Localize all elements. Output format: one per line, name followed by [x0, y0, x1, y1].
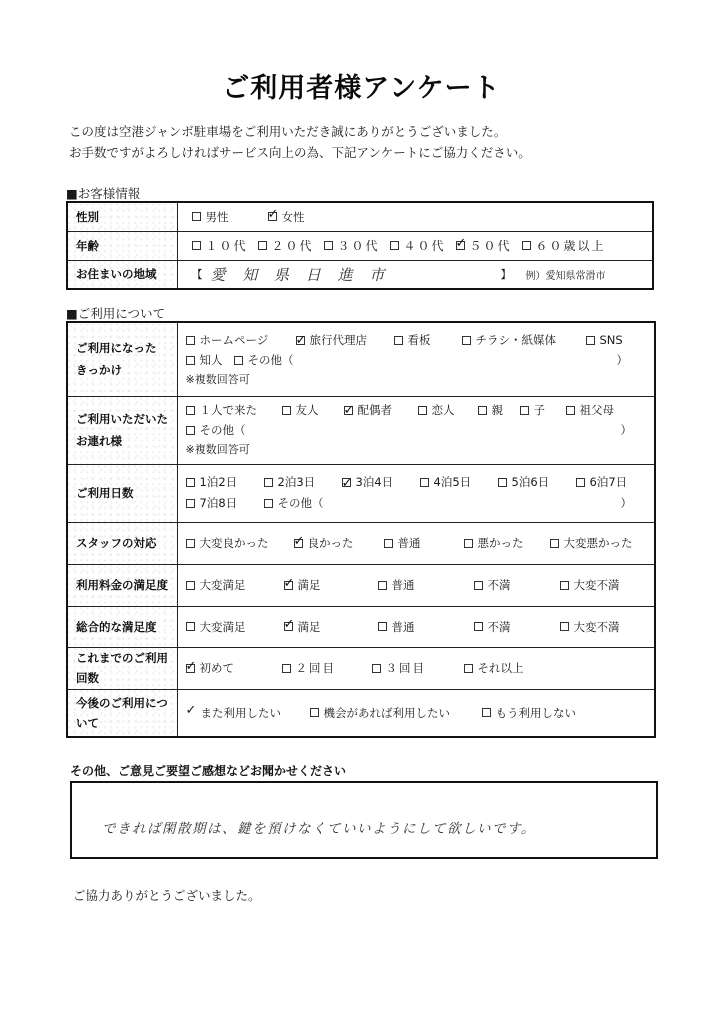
days-3n4d-option[interactable]: 3泊4日 [342, 472, 420, 493]
checkbox-partner[interactable] [418, 406, 427, 415]
trigger-acquaintance-option[interactable]: 知人 [186, 350, 234, 370]
thanks-message: ご協力ありがとうございました。 [73, 886, 261, 904]
checkbox-future-never[interactable] [482, 708, 491, 717]
checkbox-staff-bad[interactable] [464, 539, 473, 548]
staff-good-option[interactable]: 良かった [294, 535, 384, 551]
3n4d-label: 3泊4日 [356, 472, 394, 493]
age-40s-label: ４０代 [404, 237, 446, 254]
future-maybe-option[interactable]: 機会があれば利用したい [310, 705, 482, 721]
checkbox-1n2d[interactable] [186, 478, 195, 487]
price-normal-label: 普通 [392, 577, 415, 593]
days-label: ご利用日数 [67, 464, 177, 522]
checkbox-staff-very-good[interactable] [186, 539, 195, 548]
grandparent-label: 祖父母 [580, 400, 615, 420]
overall-satisfied-option[interactable]: 満足 [284, 619, 378, 635]
staff-row: スタッフの対応 大変良かった 良かった 普通 悪かった 大変悪かった [67, 522, 655, 564]
checkbox-overall-dissatisfied[interactable] [474, 622, 483, 631]
staff-normal-option[interactable]: 普通 [384, 535, 464, 551]
region-open-bracket: 【 [192, 266, 203, 282]
companion-partner-option[interactable]: 恋人 [418, 400, 478, 420]
checkbox-spouse[interactable] [344, 406, 353, 415]
region-label: お住まいの地域 [67, 260, 177, 289]
companion-options-line-2: その他（ ） [186, 420, 647, 440]
checkbox-price-normal[interactable] [378, 581, 387, 590]
companion-spouse-option[interactable]: 配偶者 [344, 400, 418, 420]
visits-second-option[interactable]: ２回目 [282, 660, 372, 676]
checkbox-companion-other[interactable] [186, 426, 195, 435]
companion-other-label: その他（ [200, 420, 246, 440]
future-again-label: また利用したい [201, 705, 282, 721]
overall-dissatisfied-option[interactable]: 不満 [474, 619, 560, 635]
companion-options-line-1: １人で来た 友人 配偶者 恋人 親 子 祖父母 [186, 400, 647, 420]
checkbox-overall-normal[interactable] [378, 622, 387, 631]
staff-label: スタッフの対応 [67, 522, 177, 564]
visits-third-option[interactable]: ３回目 [372, 660, 464, 676]
sns-label: SNS [600, 330, 623, 350]
checkbox-parent[interactable] [478, 406, 487, 415]
companion-parent-option[interactable]: 親 [478, 400, 520, 420]
trigger-options-line-2: 知人 その他（ ） [186, 350, 647, 370]
checkbox-overall-very-dissatisfied[interactable] [560, 622, 569, 631]
staff-very-good-option[interactable]: 大変良かった [186, 535, 294, 551]
trigger-travel-agency-option[interactable]: 旅行代理店 [296, 330, 394, 350]
region-row: お住まいの地域 【 愛 知 県 日 進 市 】 例）愛知県常滑市 [67, 260, 653, 289]
checkbox-overall-very-satisfied[interactable] [186, 622, 195, 631]
visits-more-label: それ以上 [478, 660, 524, 676]
male-label: 男性 [206, 209, 229, 225]
days-5n6d-option[interactable]: 5泊6日 [498, 472, 576, 493]
checkbox-homepage[interactable] [186, 336, 195, 345]
female-label: 女性 [282, 209, 305, 225]
checkbox-5n6d[interactable] [498, 478, 507, 487]
companion-close-paren: ） [621, 420, 633, 440]
trigger-other-option[interactable]: その他（ [234, 350, 294, 370]
travel-agency-label: 旅行代理店 [310, 330, 368, 350]
region-input[interactable]: 愛 知 県 日 進 市 [211, 264, 501, 285]
companion-other-option[interactable]: その他（ [186, 420, 246, 440]
age-20s-option[interactable]: ２０代 [258, 237, 324, 254]
checkbox-staff-very-bad[interactable] [550, 539, 559, 548]
future-row: 今後のご利用につ いて また利用したい 機会があれば利用したい もう利用しない [67, 689, 655, 737]
price-normal-option[interactable]: 普通 [378, 577, 474, 593]
days-1n2d-option[interactable]: 1泊2日 [186, 472, 264, 493]
checkbox-price-very-satisfied[interactable] [186, 581, 195, 590]
checkbox-staff-normal[interactable] [384, 539, 393, 548]
spouse-label: 配偶者 [358, 400, 393, 420]
trigger-homepage-option[interactable]: ホームページ [186, 330, 296, 350]
days-options-line-1: 1泊2日 2泊3日 3泊4日 4泊5日 5泊6日 6泊7日 [186, 472, 647, 493]
companion-child-option[interactable]: 子 [520, 400, 566, 420]
trigger-sns-option[interactable]: SNS [586, 330, 623, 350]
checkbox-price-satisfied[interactable] [284, 581, 293, 590]
trigger-options-line-1: ホームページ 旅行代理店 看板 チラシ・紙媒体 SNS [186, 330, 647, 350]
future-label: 今後のご利用につ いて [67, 689, 177, 737]
checkbox-acquaintance[interactable] [186, 356, 195, 365]
trigger-other-label: その他（ [248, 350, 294, 370]
5n6d-label: 5泊6日 [512, 472, 550, 493]
checkbox-travel-agency[interactable] [296, 336, 305, 345]
age-30s-label: ３０代 [338, 237, 380, 254]
companion-row: ご利用いただいた お連れ様 １人で来た 友人 配偶者 恋人 親 子 祖父母 その… [67, 396, 655, 464]
trigger-label-line-2: きっかけ [76, 359, 169, 381]
future-maybe-label: 機会があれば利用したい [324, 705, 451, 721]
checkbox-7n8d[interactable] [186, 499, 195, 508]
checkbox-visits-more[interactable] [464, 664, 473, 673]
age-30s-option[interactable]: ３０代 [324, 237, 390, 254]
companion-alone-option[interactable]: １人で来た [186, 400, 282, 420]
staff-options: 大変良かった 良かった 普通 悪かった 大変悪かった [186, 535, 647, 551]
1n2d-label: 1泊2日 [200, 472, 238, 493]
price-satisfied-option[interactable]: 満足 [284, 577, 378, 593]
age-label: 年齢 [67, 231, 177, 260]
overall-options: 大変満足 満足 普通 不満 大変不満 [186, 619, 647, 635]
homepage-label: ホームページ [200, 330, 269, 350]
alone-label: １人で来た [200, 400, 258, 420]
price-dissatisfied-label: 不満 [488, 577, 511, 593]
child-label: 子 [534, 400, 546, 420]
checkbox-age-10s[interactable] [192, 241, 201, 250]
overall-label: 総合的な満足度 [67, 606, 177, 647]
checkbox-overall-satisfied[interactable] [284, 622, 293, 631]
checkbox-staff-good[interactable] [294, 539, 303, 548]
trigger-note: ※複数回答可 [186, 370, 647, 390]
checkbox-grandparent[interactable] [566, 406, 575, 415]
age-row: 年齢 １０代 ２０代 ３０代 ４０代 ５０代 ６０歳以上 [67, 231, 653, 260]
days-other-label: その他（ [278, 493, 324, 514]
price-row: 利用料金の満足度 大変満足 満足 普通 不満 大変不満 [67, 564, 655, 606]
trigger-close-paren: ） [617, 350, 629, 370]
days-row: ご利用日数 1泊2日 2泊3日 3泊4日 4泊5日 5泊6日 6泊7日 7泊8日… [67, 464, 655, 522]
days-4n5d-option[interactable]: 4泊5日 [420, 472, 498, 493]
comments-input[interactable]: できれば閑散期は、鍵を預けなくていいようにして欲しいです。 [102, 817, 536, 837]
gender-female-option[interactable]: 女性 [268, 209, 305, 225]
overall-satisfied-label: 満足 [298, 619, 321, 635]
checkbox-flyer[interactable] [462, 336, 471, 345]
checkbox-3n4d[interactable] [342, 478, 351, 487]
checkbox-age-50s[interactable] [456, 241, 465, 250]
age-60plus-label: ６０歳以上 [536, 237, 606, 254]
checkbox-age-40s[interactable] [390, 241, 399, 250]
age-50s-option[interactable]: ５０代 [456, 237, 522, 254]
days-7n8d-option[interactable]: 7泊8日 [186, 493, 264, 514]
intro-line-2: お手数ですがよろしければサービス向上の為、下記アンケートにご協力ください。 [69, 143, 531, 161]
checkbox-visits-second[interactable] [282, 664, 291, 673]
visits-more-option[interactable]: それ以上 [464, 660, 524, 676]
trigger-label-line-1: ご利用になった [76, 337, 169, 359]
visits-label-line-1: これまでのご利用 [76, 648, 169, 668]
checkbox-female[interactable] [268, 212, 277, 221]
checkbox-male[interactable] [192, 212, 201, 221]
companion-label: ご利用いただいた お連れ様 [67, 396, 177, 464]
visits-first-label: 初めて [200, 660, 235, 676]
age-10s-label: １０代 [206, 237, 248, 254]
companion-label-line-2: お連れ様 [76, 430, 169, 452]
parent-label: 親 [492, 400, 504, 420]
staff-bad-label: 悪かった [478, 535, 524, 551]
days-other-option[interactable]: その他（ [264, 493, 324, 514]
staff-good-label: 良かった [308, 535, 354, 551]
checkbox-2n3d[interactable] [264, 478, 273, 487]
days-6n7d-option[interactable]: 6泊7日 [576, 472, 628, 493]
companion-friend-option[interactable]: 友人 [282, 400, 344, 420]
checkbox-age-60plus[interactable] [522, 241, 531, 250]
checkbox-signboard[interactable] [394, 336, 403, 345]
age-50s-label: ５０代 [470, 237, 512, 254]
age-options: １０代 ２０代 ３０代 ４０代 ５０代 ６０歳以上 [192, 237, 645, 254]
visits-label-line-2: 回数 [76, 668, 169, 688]
overall-dissatisfied-label: 不満 [488, 619, 511, 635]
checkbox-visits-third[interactable] [372, 664, 381, 673]
signboard-label: 看板 [408, 330, 431, 350]
age-40s-option[interactable]: ４０代 [390, 237, 456, 254]
comments-heading: その他、ご意見ご要望ご感想などお聞かせください [70, 762, 346, 779]
days-options-line-2: 7泊8日 その他（ ） [186, 493, 647, 514]
age-10s-option[interactable]: １０代 [192, 237, 258, 254]
price-very-satisfied-label: 大変満足 [200, 577, 246, 593]
visits-row: これまでのご利用 回数 初めて ２回目 ３回目 それ以上 [67, 647, 655, 689]
trigger-flyer-option[interactable]: チラシ・紙媒体 [462, 330, 586, 350]
price-very-dissatisfied-label: 大変不満 [574, 577, 620, 593]
age-20s-label: ２０代 [272, 237, 314, 254]
staff-very-bad-label: 大変悪かった [564, 535, 633, 551]
checkbox-future-maybe[interactable] [310, 708, 319, 717]
partner-label: 恋人 [432, 400, 455, 420]
price-options: 大変満足 満足 普通 不満 大変不満 [186, 577, 647, 593]
checkbox-price-very-dissatisfied[interactable] [560, 581, 569, 590]
days-2n3d-option[interactable]: 2泊3日 [264, 472, 342, 493]
overall-normal-option[interactable]: 普通 [378, 619, 474, 635]
future-label-line-1: 今後のご利用につ [76, 693, 169, 713]
days-close-paren: ） [621, 493, 633, 514]
checkbox-friend[interactable] [282, 406, 291, 415]
checkbox-trigger-other[interactable] [234, 356, 243, 365]
checkbox-days-other[interactable] [264, 499, 273, 508]
usage-table: ご利用になった きっかけ ホームページ 旅行代理店 看板 チラシ・紙媒体 SNS… [66, 321, 656, 738]
friend-label: 友人 [296, 400, 319, 420]
checkbox-alone[interactable] [186, 406, 195, 415]
overall-very-satisfied-label: 大変満足 [200, 619, 246, 635]
price-satisfied-label: 満足 [298, 577, 321, 593]
checkbox-child[interactable] [520, 406, 529, 415]
page-title: ご利用者様アンケート [0, 66, 723, 105]
gender-male-option[interactable]: 男性 [192, 209, 268, 225]
flyer-label: チラシ・紙媒体 [476, 330, 557, 350]
future-never-label: もう利用しない [496, 705, 577, 721]
overall-row: 総合的な満足度 大変満足 満足 普通 不満 大変不満 [67, 606, 655, 647]
overall-very-satisfied-option[interactable]: 大変満足 [186, 619, 284, 635]
checkbox-4n5d[interactable] [420, 478, 429, 487]
staff-normal-label: 普通 [398, 535, 421, 551]
region-example: 例）愛知県常滑市 [526, 267, 606, 282]
checkbox-price-dissatisfied[interactable] [474, 581, 483, 590]
acquaintance-label: 知人 [200, 350, 223, 370]
intro-line-1: この度は空港ジャンボ駐車場をご利用いただき誠にありがとうございました。 [69, 122, 506, 140]
visits-label: これまでのご利用 回数 [67, 647, 177, 689]
overall-very-dissatisfied-label: 大変不満 [574, 619, 620, 635]
trigger-label: ご利用になった きっかけ [67, 322, 177, 396]
trigger-signboard-option[interactable]: 看板 [394, 330, 462, 350]
checkbox-age-20s[interactable] [258, 241, 267, 250]
price-very-dissatisfied-option[interactable]: 大変不満 [560, 577, 620, 593]
companion-grandparent-option[interactable]: 祖父母 [566, 400, 615, 420]
companion-note: ※複数回答可 [186, 440, 647, 460]
price-very-satisfied-option[interactable]: 大変満足 [186, 577, 284, 593]
2n3d-label: 2泊3日 [278, 472, 316, 493]
visits-third-label: ３回目 [386, 660, 427, 676]
region-close-bracket: 】 [501, 266, 512, 282]
region-field: 【 愛 知 県 日 進 市 】 例）愛知県常滑市 [192, 264, 645, 285]
comments-box[interactable]: できれば閑散期は、鍵を預けなくていいようにして欲しいです。 [70, 781, 658, 859]
gender-label: 性別 [67, 202, 177, 231]
price-label: 利用料金の満足度 [67, 564, 177, 606]
visits-second-label: ２回目 [296, 660, 337, 676]
customer-info-table: 性別 男性 女性 年齢 １０代 ２０代 ３０代 ４０代 ５０代 ６０歳以上 お住… [66, 201, 654, 290]
future-again-option[interactable]: また利用したい [186, 705, 310, 721]
customer-info-heading: ■お客様情報 [66, 184, 140, 202]
future-label-line-2: いて [76, 713, 169, 733]
4n5d-label: 4泊5日 [434, 472, 472, 493]
gender-options: 男性 女性 [186, 209, 645, 225]
checkbox-age-30s[interactable] [324, 241, 333, 250]
trigger-row: ご利用になった きっかけ ホームページ 旅行代理店 看板 チラシ・紙媒体 SNS… [67, 322, 655, 396]
checkbox-sns[interactable] [586, 336, 595, 345]
companion-label-line-1: ご利用いただいた [76, 408, 169, 430]
gender-row: 性別 男性 女性 [67, 202, 653, 231]
future-options: また利用したい 機会があれば利用したい もう利用しない [186, 705, 647, 721]
visits-first-option[interactable]: 初めて [186, 660, 282, 676]
6n7d-label: 6泊7日 [590, 472, 628, 493]
future-never-option[interactable]: もう利用しない [482, 705, 577, 721]
staff-very-bad-option[interactable]: 大変悪かった [550, 535, 633, 551]
price-dissatisfied-option[interactable]: 不満 [474, 577, 560, 593]
visits-options: 初めて ２回目 ３回目 それ以上 [186, 660, 647, 676]
overall-very-dissatisfied-option[interactable]: 大変不満 [560, 619, 620, 635]
checkmark-future-again[interactable] [186, 708, 196, 718]
age-60plus-option[interactable]: ６０歳以上 [522, 237, 606, 254]
checkbox-6n7d[interactable] [576, 478, 585, 487]
overall-normal-label: 普通 [392, 619, 415, 635]
7n8d-label: 7泊8日 [200, 493, 238, 514]
staff-bad-option[interactable]: 悪かった [464, 535, 550, 551]
usage-heading: ■ご利用について [66, 304, 165, 322]
staff-very-good-label: 大変良かった [200, 535, 269, 551]
checkbox-visits-first[interactable] [186, 664, 195, 673]
